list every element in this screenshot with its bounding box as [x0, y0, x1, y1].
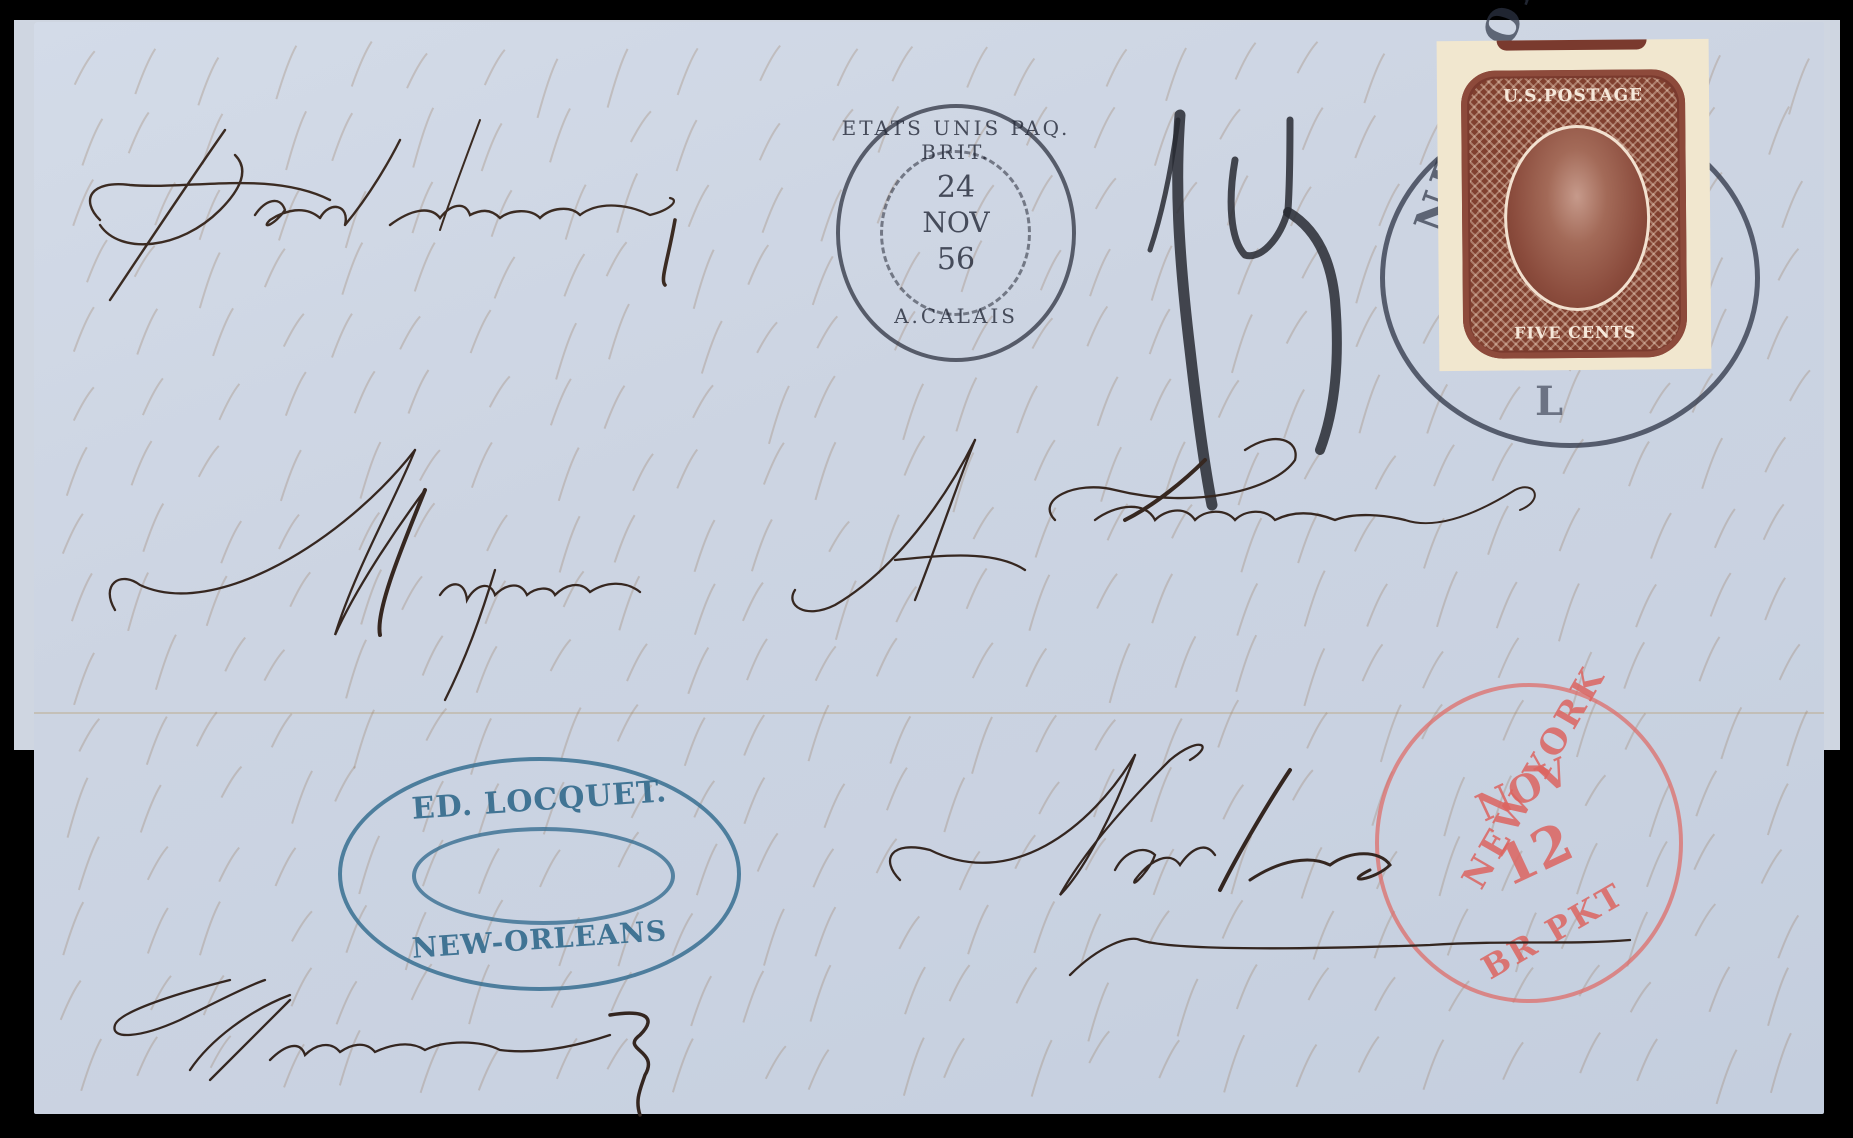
postmark-lower-text: A.CALAIS: [840, 304, 1072, 328]
postmark-year: 56: [840, 242, 1072, 277]
postmark-lower-letter: L: [1535, 378, 1563, 425]
french-entry-postmark: ETATS UNIS PAQ. BRIT. 24 NOV 56 A.CALAIS: [836, 104, 1076, 362]
stamp-top-text: U.S.POSTAGE: [1461, 85, 1685, 107]
stamp-adjacent-margin: [1497, 39, 1647, 50]
jefferson-portrait: [1503, 124, 1651, 311]
stamp-bottom-text: FIVE CENTS: [1463, 322, 1687, 343]
stamp-frame: U.S.POSTAGE FIVE CENTS: [1461, 69, 1688, 359]
red-postmark-lower-text: BR PKT: [1475, 875, 1631, 987]
postage-stamp: U.S.POSTAGE FIVE CENTS: [1437, 39, 1712, 371]
postmark-day: 24: [840, 170, 1072, 205]
new-york-br-pkt-postmark: NEW YORK NOV 12 BR PKT: [1375, 683, 1683, 1003]
ed-locquet-oval-handstamp: ED. LOCQUET. NEW-ORLEANS: [338, 757, 741, 991]
postmark-month: NOV: [840, 206, 1072, 239]
postmark-outer-text: ETATS UNIS PAQ. BRIT.: [840, 116, 1072, 164]
oval-inner-ring: [412, 827, 675, 925]
